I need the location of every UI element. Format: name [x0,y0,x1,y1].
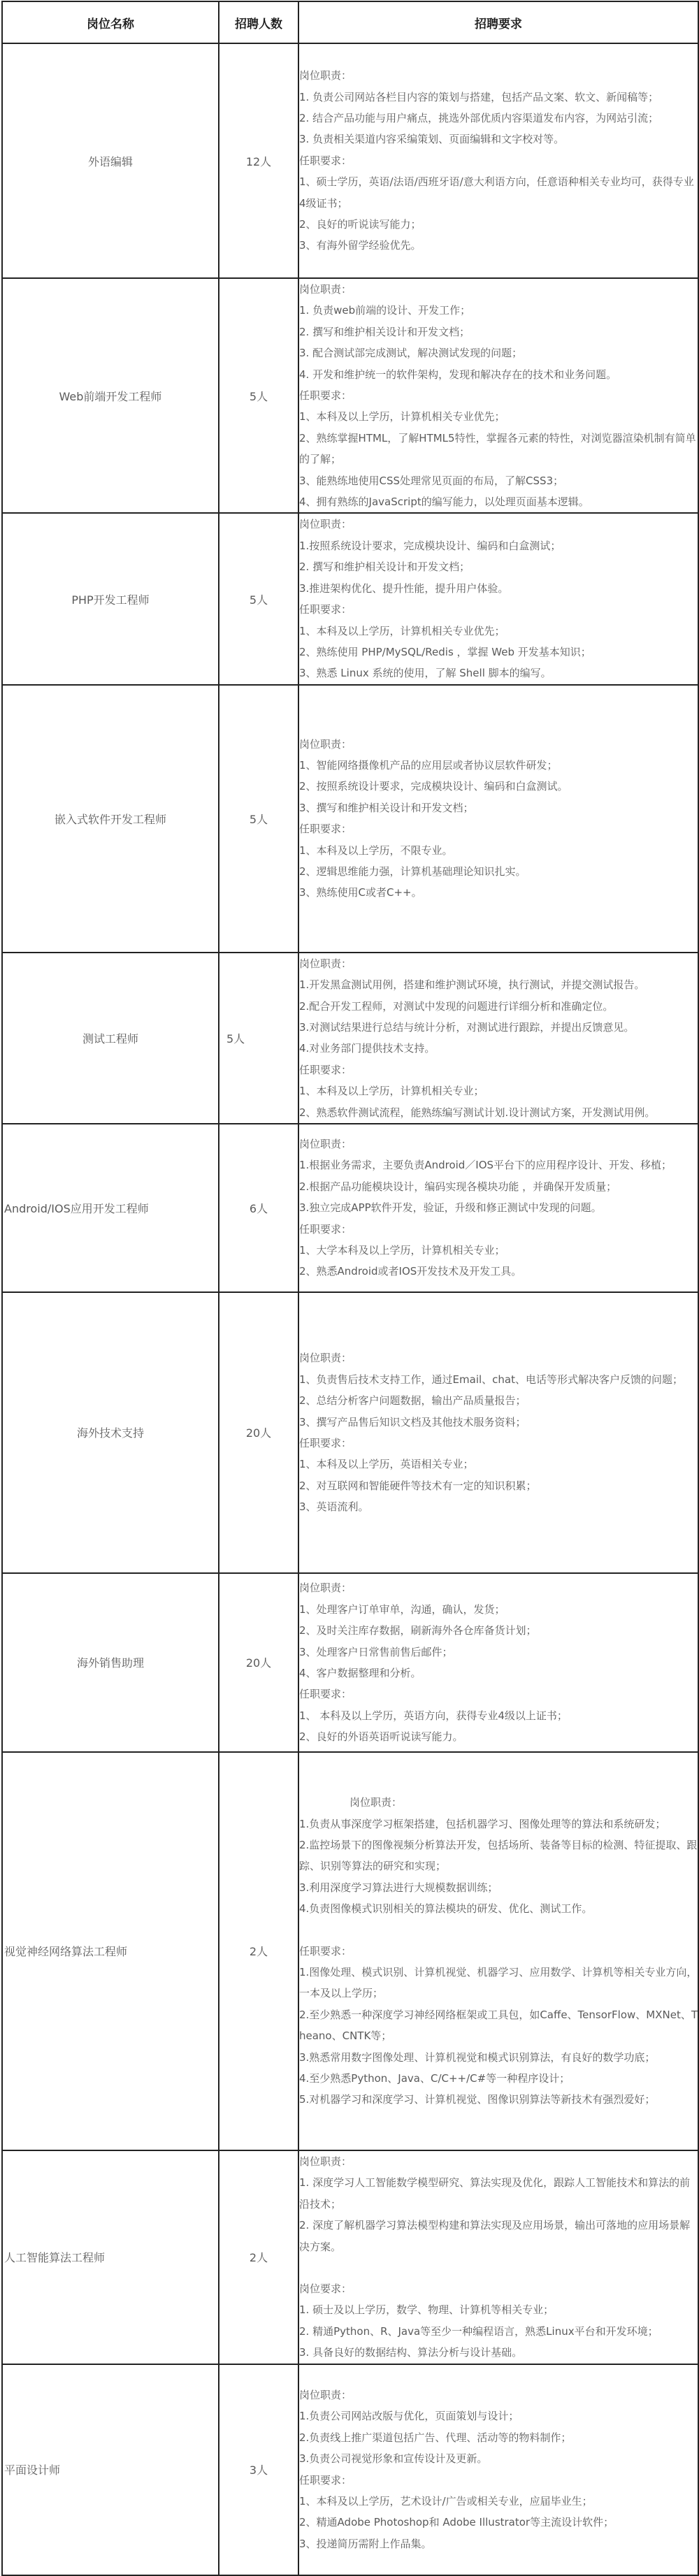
position-name: PHP开发工程师 [2,513,219,684]
hiring-count: 2人 [219,2150,298,2364]
position-name: Android/IOS应用开发工程师 [2,1124,219,1292]
requirement-item: 1. 深度学习人工智能数学模型研究、算法实现及优化，跟踪人工智能技术和算法的前沿… [299,2172,698,2215]
section-heading: 任职要求： [299,818,698,839]
table-row: 海外技术支持20人岗位职责：1、负责售后技术支持工作，通过Email、chat、… [2,1292,698,1573]
requirement-item: 2、熟悉Android或者IOS开发技术及开发工具。 [299,1261,698,1282]
requirement-item: 5.对机器学习和深度学习、计算机视觉、图像识别算法等新技术有强烈爱好； [299,2089,698,2110]
hiring-count: 5人 [219,513,298,684]
hiring-count: 3人 [219,2364,298,2456]
section-heading: 岗位职责： [299,1792,698,1813]
requirement-item: 3. 具备良好的数据结构、算法分析与设计基础。 [299,2342,698,2363]
requirement-item: 3、熟悉 Linux 系统的使用，了解 Shell 脚本的编写。 [299,663,698,683]
requirement-item: 3.利用深度学习算法进行大规模数据训练； [299,1877,698,1898]
section-heading: 岗位职责： [299,734,698,755]
table-row: 外语编辑12人岗位职责：1. 负责公司网站各栏目内容的策划与搭建，包括产品文案、… [2,43,698,278]
requirement-item: 2、及时关注库存数据，刷新海外各仓库备货计划； [299,1620,698,1641]
requirement-item: 2. 深度了解机器学习算法模型构建和算法实现及应用场景，输出可落地的应用场景解决… [299,2215,698,2257]
requirement-item: 1、 本科及以上学历，英语方向，获得专业4级以上证书； [299,1705,698,1726]
requirement-item: 1、本科及以上学历，英语相关专业； [299,1454,698,1475]
table-row: Web前端开发工程师5人岗位职责：1. 负责web前端的设计、开发工作；2. 撰… [2,278,698,513]
requirement-item: 1.负责公司网站改版与优化，页面策划与设计； [299,2405,698,2426]
requirement-item: 2、按照系统设计要求，完成模块设计、编码和白盒测试。 [299,776,698,797]
requirement-item: 1. 负责公司网站各栏目内容的策划与搭建，包括产品文案、软文、新闻稿等； [299,87,698,108]
section-heading: 岗位职责： [299,279,698,300]
requirement-item: 2.至少熟悉一种深度学习神经网络框架或工具包，如Caffe、TensorFlow… [299,2004,698,2047]
table-row: 测试工程师5人岗位职责：1.开发黑盒测试用例，搭建和维护测试环境，执行测试，并提… [2,953,698,1124]
hiring-count: 20人 [219,1573,298,1752]
section-heading: 任职要求： [299,1219,698,1240]
section-heading: 任职要求： [299,385,698,406]
position-name: 视觉神经网络算法工程师 [2,1752,219,2150]
requirement-item: 3、熟练使用C或者C++。 [299,882,698,903]
requirement-item: 1、处理客户订单审单，沟通，确认，发货； [299,1599,698,1620]
section-heading: 岗位职责： [299,65,698,86]
requirements-cell: 岗位职责：1.根据业务需求，主要负责Android／IOS平台下的应用程序设计、… [298,1124,698,1292]
table-body: 外语编辑12人岗位职责：1. 负责公司网站各栏目内容的策划与搭建，包括产品文案、… [2,43,698,2456]
hiring-count: 20人 [219,1292,298,1573]
hiring-count: 12人 [219,43,298,278]
section-heading: 岗位职责： [299,1134,698,1155]
requirements-cell: 岗位职责：1.按照系统设计要求，完成模块设计、编码和白盒测试；2. 撰写和维护相… [298,513,698,684]
table-row: 嵌入式软件开发工程师5人岗位职责：1、智能网络摄像机产品的应用层或者协议层软件研… [2,685,698,953]
position-name: 海外技术支持 [2,1292,219,1573]
requirement-item: 2、良好的外语英语听说读写能力。 [299,1726,698,1747]
hiring-count: 5人 [219,953,298,1124]
requirement-item: 3、处理客户日常售前售后邮件； [299,1642,698,1663]
requirement-item: 3. 负责相关渠道内容采编策划、页面编辑和文字校对等。 [299,129,698,150]
requirement-item: 4. 开发和维护统一的软件架构，发现和解决存在的技术和业务问题。 [299,364,698,385]
requirement-item: 2、良好的听说读写能力； [299,214,698,235]
header-position-name: 岗位名称 [2,1,219,43]
section-heading: 任职要求： [299,1433,698,1454]
requirement-item: 2、熟练使用 PHP/MySQL/Redis ，掌握 Web 开发基本知识； [299,642,698,663]
section-heading: 岗位职责： [299,2151,698,2172]
hiring-count: 5人 [219,685,298,953]
position-name: 平面设计师 [2,2364,219,2456]
requirements-cell: 岗位职责：1.负责从事深度学习框架搭建，包括机器学习、图像处理等的算法和系统研发… [298,1752,698,2150]
requirements-cell: 岗位职责：1、智能网络摄像机产品的应用层或者协议层软件研发；2、按照系统设计要求… [298,685,698,953]
requirement-item: 2.负责线上推广渠道包括广告、代理、活动等的物料制作； [299,2427,698,2448]
requirement-item: 1、本科及以上学历，计算机相关专业优先； [299,406,698,427]
table-row: 海外销售助理20人岗位职责：1、处理客户订单审单，沟通，确认，发货；2、及时关注… [2,1573,698,1752]
section-heading: 岗位要求： [299,2278,698,2299]
requirement-item: 4、拥有熟练的JavaScript的编写能力，以处理页面基本逻辑。 [299,491,698,512]
requirement-item: 3、有海外留学经验优先。 [299,235,698,256]
position-name: 海外销售助理 [2,1573,219,1752]
requirement-item: 1.根据业务需求，主要负责Android／IOS平台下的应用程序设计、开发、移植… [299,1155,698,1175]
requirement-item: 1、大学本科及以上学历，计算机相关专业； [299,1240,698,1261]
requirement-item: 1.图像处理、模式识别、计算机视觉、机器学习、应用数学、计算机等相关专业方向，一… [299,1962,698,2004]
requirement-item: 2. 结合产品功能与用户痛点，挑选外部优质内容渠道发布内容，为网站引流； [299,108,698,129]
section-heading: 岗位职责： [299,514,698,535]
requirement-item: 3. 配合测试部完成测试，解决测试发现的问题； [299,342,698,363]
requirements-cell: 岗位职责：1、负责售后技术支持工作，通过Email、chat、电话等形式解决客户… [298,1292,698,1573]
requirement-item: 2、熟悉软件测试流程，能熟练编写测试计划.设计测试方案，开发测试用例。 [299,1102,698,1123]
section-heading: 岗位职责： [299,2385,698,2405]
requirements-cell: 岗位职责：1.负责公司网站改版与优化，页面策划与设计；2.负责线上推广渠道包括广… [298,2364,698,2456]
spacer [299,2257,698,2278]
requirements-cell: 岗位职责：1. 深度学习人工智能数学模型研究、算法实现及优化，跟踪人工智能技术和… [298,2150,698,2364]
section-heading: 岗位职责： [299,1577,698,1598]
requirement-item: 3、能熟练地使用CSS处理常见页面的布局，了解CSS3； [299,470,698,491]
requirement-item: 1、本科及以上学历，计算机相关专业优先； [299,621,698,642]
requirement-item: 3.独立完成APP软件开发，验证，升级和修正测试中发现的问题。 [299,1197,698,1218]
hiring-count: 5人 [219,278,298,513]
requirement-item: 2.监控场景下的图像视频分析算法开发，包括场所、装备等目标的检测、特征提取、跟踪… [299,1835,698,1877]
requirement-item: 2. 撰写和维护相关设计和开发文档； [299,556,698,577]
position-name: 测试工程师 [2,953,219,1124]
table-row: 视觉神经网络算法工程师2人岗位职责：1.负责从事深度学习框架搭建，包括机器学习、… [2,1752,698,2150]
requirement-item: 3、撰写产品售后知识文档及其他技术服务资料； [299,1412,698,1433]
position-name: 嵌入式软件开发工程师 [2,685,219,953]
requirement-item: 4.对业务部门提供技术支持。 [299,1038,698,1059]
section-heading: 任职要求： [299,1684,698,1705]
header-requirements: 招聘要求 [298,1,698,43]
hiring-count: 6人 [219,1124,298,1292]
hiring-count: 2人 [219,1752,298,2150]
requirement-item: 3.推进架构优化、提升性能，提升用户体验。 [299,578,698,599]
section-heading: 岗位职责： [299,1347,698,1368]
requirement-item: 1、智能网络摄像机产品的应用层或者协议层软件研发； [299,755,698,776]
requirement-item: 3.对测试结果进行总结与统计分析，对测试进行跟踪，并提出反馈意见。 [299,1017,698,1038]
requirement-item: 4.至少熟悉Python、Java、C/C++/C#等一种程序设计； [299,2068,698,2089]
requirements-cell: 岗位职责：1、处理客户订单审单，沟通，确认，发货；2、及时关注库存数据，刷新海外… [298,1573,698,1752]
requirement-item: 1.开发黑盒测试用例，搭建和维护测试环境，执行测试，并提交测试报告。 [299,974,698,995]
requirement-item: 2. 撰写和维护相关设计和开发文档； [299,321,698,342]
table-row: 人工智能算法工程师2人岗位职责：1. 深度学习人工智能数学模型研究、算法实现及优… [2,2150,698,2364]
requirement-item: 4.负责图像模式识别相关的算法模块的研发、优化、测试工作。 [299,1898,698,1919]
requirement-item: 1、硕士学历，英语/法语/西班牙语/意大利语方向，任意语种相关专业均可，获得专业… [299,171,698,214]
requirement-item: 1.负责从事深度学习框架搭建，包括机器学习、图像处理等的算法和系统研发； [299,1814,698,1835]
requirement-item: 1、本科及以上学历，不限专业。 [299,840,698,861]
requirements-cell: 岗位职责：1. 负责公司网站各栏目内容的策划与搭建，包括产品文案、软文、新闻稿等… [298,43,698,278]
requirement-item: 1. 硕士及以上学历，数学、物理、计算机等相关专业； [299,2299,698,2320]
position-name: 人工智能算法工程师 [2,2150,219,2364]
spacer [299,1920,698,1941]
requirement-item: 1.按照系统设计要求，完成模块设计、编码和白盒测试； [299,535,698,556]
table-row: PHP开发工程师5人岗位职责：1.按照系统设计要求，完成模块设计、编码和白盒测试… [2,513,698,684]
requirement-item: 3.负责公司视觉形象和宣传设计及更新。 [299,2448,698,2456]
requirement-item: 1、本科及以上学历，计算机相关专业； [299,1080,698,1101]
requirement-item: 2、逻辑思维能力强，计算机基础理论知识扎实。 [299,861,698,882]
header-hiring-count: 招聘人数 [219,1,298,43]
requirement-item: 2.配合开发工程师，对测试中发现的问题进行详细分析和准确定位。 [299,996,698,1017]
position-name: Web前端开发工程师 [2,278,219,513]
position-name: 外语编辑 [2,43,219,278]
requirement-item: 4、客户数据整理和分析。 [299,1663,698,1684]
requirement-item: 2、对互联网和智能硬件等技术有一定的知识积累； [299,1475,698,1496]
recruitment-table: 岗位名称 招聘人数 招聘要求 外语编辑12人岗位职责：1. 负责公司网站各栏目内… [1,1,699,2456]
requirements-cell: 岗位职责：1. 负责web前端的设计、开发工作；2. 撰写和维护相关设计和开发文… [298,278,698,513]
table-header-row: 岗位名称 招聘人数 招聘要求 [2,1,698,43]
requirement-item: 2.根据产品功能模块设计，编码实现各模块功能 ，并确保开发质量； [299,1176,698,1197]
requirement-item: 1、负责售后技术支持工作，通过Email、chat、电话等形式解决客户反馈的问题… [299,1369,698,1390]
requirement-item: 2. 精通Python、R、Java等至少一种编程语言，熟悉Linux平台和开发… [299,2321,698,2342]
requirement-item: 3.熟悉常用数字图像处理、计算机视觉和模式识别算法，有良好的数学功底； [299,2047,698,2068]
section-heading: 任职要求： [299,1941,698,1962]
section-heading: 任职要求： [299,1059,698,1080]
requirement-item: 3、撰写和维护相关设计和开发文档； [299,797,698,818]
requirement-item: 1. 负责web前端的设计、开发工作； [299,300,698,321]
section-heading: 任职要求： [299,599,698,620]
section-heading: 岗位职责： [299,953,698,974]
table-row: 平面设计师3人岗位职责：1.负责公司网站改版与优化，页面策划与设计；2.负责线上… [2,2364,698,2456]
requirement-item: 3、英语流利。 [299,1496,698,1517]
table-row: Android/IOS应用开发工程师6人岗位职责：1.根据业务需求，主要负责An… [2,1124,698,1292]
section-heading: 任职要求： [299,150,698,171]
requirement-item: 2、总结分析客户问题数据，输出产品质量报告； [299,1390,698,1411]
requirements-cell: 岗位职责：1.开发黑盒测试用例，搭建和维护测试环境，执行测试，并提交测试报告。2… [298,953,698,1124]
requirement-item: 2、熟练掌握HTML，了解HTML5特性，掌握各元素的特性，对浏览器渲染机制有简… [299,428,698,470]
